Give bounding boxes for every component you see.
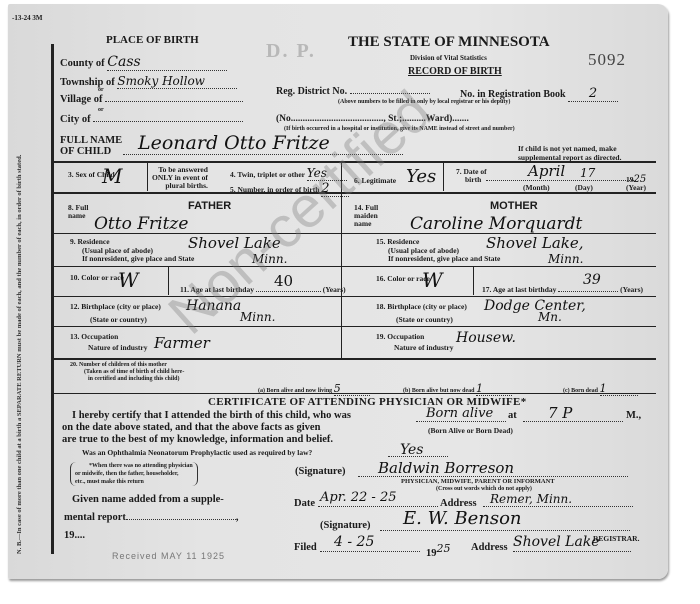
state-title: THE STATE OF MINNESOTA — [348, 34, 550, 51]
mother-residence-value: Shovel Lake, — [486, 234, 584, 252]
county-row: County of Cass — [60, 54, 227, 71]
legitimate-value: Yes — [406, 166, 436, 187]
certify-text-3: are true to the best of my knowledge, in… — [62, 434, 333, 445]
book-value: 2 — [568, 86, 618, 102]
footnote: *When there was no attending physician o… — [70, 462, 198, 486]
father-residence-label: 9. Residence (Usual place of abode) If n… — [70, 238, 194, 264]
mother-color-value: W — [422, 268, 443, 292]
rule — [147, 163, 148, 191]
year-caption: (Year) — [626, 183, 646, 192]
mother-title: MOTHER — [490, 200, 538, 212]
signature-dots — [358, 476, 628, 477]
mother-occupation-label: 19. Occupation Nature of industry — [376, 331, 453, 353]
legitimate-label: 6. Legitimate — [354, 176, 396, 185]
registrar-signature-label: (Signature) — [320, 520, 371, 531]
plural-note: To be answered ONLY in event of plural b… — [152, 166, 208, 190]
mother-birthplace-label: 18. Birthplace (city or place) — [376, 302, 467, 311]
supplemental-line-1: Given name added from a supple- — [72, 494, 224, 505]
rule — [168, 267, 169, 295]
filed-year: 1925 — [426, 542, 451, 559]
rule — [51, 326, 341, 327]
dob-dots — [486, 180, 636, 181]
day-caption: (Day) — [575, 183, 593, 192]
dob-day: 17 — [580, 166, 595, 180]
born-value: Born alive — [426, 406, 493, 421]
physician-signature: Baldwin Borreson — [378, 459, 514, 477]
prophylactic-label: Was an Ophthalmia Neonatorum Prophylacti… — [82, 448, 312, 457]
filed-value: 4 - 25 — [334, 534, 374, 550]
certify-text-1: I hereby certify that I attended the bir… — [72, 410, 351, 421]
address-line: (No.....................................… — [276, 114, 469, 124]
filed-dots — [320, 551, 420, 552]
township-row: Township of Smoky Hollow — [60, 74, 237, 89]
district-value — [350, 93, 430, 94]
time-value: 7 P — [548, 404, 572, 422]
address-dots — [483, 506, 633, 507]
village-row: Village of — [60, 94, 243, 105]
father-occupation-value: Farmer — [154, 334, 210, 352]
mother-residence-state: Minn. — [548, 252, 583, 266]
certify-text-2: on the date above stated, and that the a… — [62, 422, 320, 433]
rule — [473, 267, 474, 295]
father-birthplace-label: 12. Birthplace (city or place) — [70, 302, 161, 311]
registrar-label: REGISTRAR. — [593, 534, 639, 543]
dob-month: April — [528, 162, 565, 180]
name-dots — [123, 154, 403, 155]
county-value: Cass — [107, 54, 227, 71]
father-age-value: 40 — [274, 272, 293, 290]
twin-row: 4. Twin, triplet or other Yes — [230, 166, 347, 181]
father-name-label: 8. Full name — [68, 204, 90, 220]
registrar-address-label: Address — [471, 542, 508, 553]
father-residence-state: Minn. — [252, 252, 287, 266]
division-title: Division of Vital Statistics — [410, 54, 487, 62]
father-color-label: 10. Color or race — [70, 274, 124, 282]
at-label: at — [508, 410, 517, 421]
father-name-value: Otto Fritze — [94, 214, 188, 234]
mother-age-row: 17. Age at last birthday (Years) — [482, 285, 643, 294]
margin-note: N. B.—In case of more than one child at … — [6, 124, 26, 554]
date-value: Apr. 22 - 25 — [320, 490, 397, 505]
form-code: -13-24 3M — [12, 14, 43, 22]
month-caption: (Month) — [523, 183, 550, 192]
born-caption: (Born Alive or Born Dead) — [428, 426, 513, 435]
signature-label: (Signature) — [295, 466, 346, 477]
not-named-note: If child is not yet named, make suppleme… — [518, 144, 621, 162]
rule — [51, 296, 341, 297]
father-birthplace-value: Hanana — [186, 298, 241, 314]
mother-birthplace-value: Dodge Center, — [484, 298, 586, 314]
role-caption: PHYSICIAN, MIDWIFE, PARENT OR INFORMANT — [401, 478, 555, 485]
supplemental-dots — [126, 519, 236, 520]
father-color-value: W — [118, 268, 139, 292]
rule — [443, 163, 444, 191]
left-border — [51, 44, 54, 554]
mother-birthplace-state: Mn. — [538, 310, 562, 324]
district-row: Reg. District No. — [276, 86, 430, 97]
dp-stamp: D. P. — [266, 40, 316, 63]
registrar-address: Shovel Lake — [513, 534, 600, 550]
physician-address: Remer, Minn. — [490, 492, 572, 506]
mother-birthplace-label-2: (State or country) — [396, 315, 453, 324]
place-of-birth-title: PLACE OF BIRTH — [106, 34, 199, 46]
dob-label: 7. Date of birth — [456, 168, 487, 184]
rule — [51, 393, 656, 394]
date-label: Date — [294, 498, 315, 509]
father-age-row: 11. Age at last birthday (Years) — [180, 285, 346, 294]
village-value — [105, 101, 243, 102]
full-name-label: FULL NAME OF CHILD — [60, 135, 122, 157]
rule — [51, 192, 656, 194]
birth-certificate-document: -13-24 3M N. B.—In case of more than one… — [8, 4, 668, 579]
record-number: 5092 — [588, 50, 626, 70]
rule — [51, 266, 341, 267]
rule — [51, 161, 656, 163]
father-residence-value: Shovel Lake — [188, 234, 281, 252]
born-dots — [416, 421, 506, 422]
or-label: or — [98, 107, 104, 113]
child-name-value: Leonard Otto Fritze — [138, 132, 330, 154]
supplemental-line-3: 19.... — [64, 530, 85, 541]
rule — [341, 296, 656, 297]
father-title: FATHER — [188, 200, 231, 212]
father-birthplace-label-2: (State or country) — [90, 315, 147, 324]
age-dots — [256, 291, 321, 292]
mother-residence-label: 15. Residence (Usual place of abode) If … — [376, 238, 500, 264]
order-value: 2 — [321, 181, 349, 197]
mother-occupation-value: Housew. — [456, 330, 516, 346]
received-stamp: Received MAY 11 1925 — [112, 551, 225, 561]
city-value — [93, 121, 243, 122]
township-value: Smoky Hollow — [117, 74, 237, 89]
registrar-signature: E. W. Benson — [403, 508, 522, 529]
father-occupation-label: 13. Occupation Nature of industry — [70, 331, 147, 353]
rule — [51, 358, 656, 360]
m-label: M., — [626, 410, 641, 421]
rule — [341, 266, 656, 267]
age-dots — [558, 291, 618, 292]
supplemental-line-2: mental report, — [64, 512, 239, 523]
father-birthplace-state: Minn. — [240, 310, 275, 324]
mother-name-label: 14. Full maiden name — [354, 204, 380, 228]
registrar-address-dots — [513, 551, 631, 552]
time-dots — [523, 421, 623, 422]
children-label: 20. Number of children of this mother (T… — [70, 362, 184, 383]
mother-name-value: Caroline Morquardt — [410, 214, 582, 234]
date-dots — [318, 506, 438, 507]
city-row: City of — [60, 114, 243, 125]
registrar-dots — [380, 530, 630, 531]
order-row: 5. Number, in order of birth 2 — [230, 181, 349, 197]
registrar-note: (Above numbers to be filled in only by l… — [338, 99, 510, 105]
sex-value: M — [102, 164, 122, 188]
record-title: RECORD OF BIRTH — [408, 66, 502, 77]
mother-age-value: 39 — [583, 272, 601, 288]
prophylactic-dots — [388, 456, 448, 457]
filed-label: Filed — [294, 542, 317, 553]
rule — [341, 326, 656, 327]
or-label: or — [98, 87, 104, 93]
